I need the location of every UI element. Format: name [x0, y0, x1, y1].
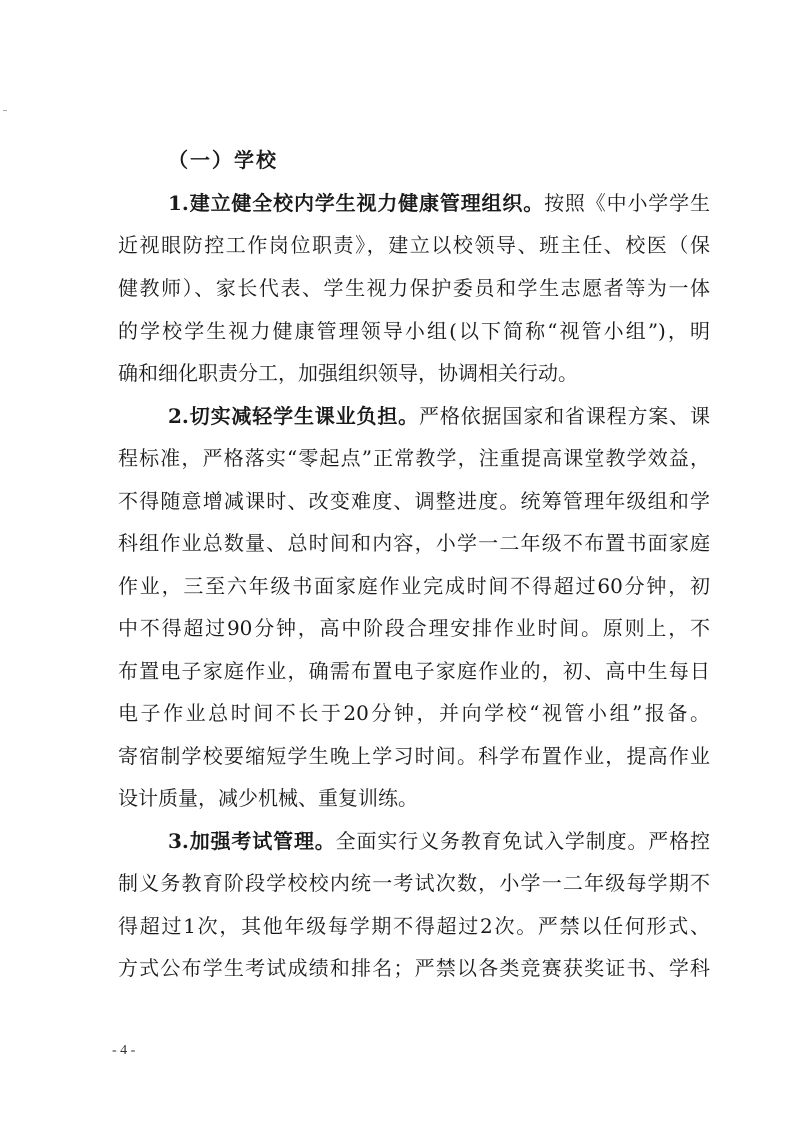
paragraph-2-line-9: 寄宿制学校要缩短学生晚上学习时间。科学布置作业，提高作业 — [118, 741, 710, 771]
paragraph-2-line-6: 中不得超过90分钟，高中阶段合理安排作业时间。原则上，不 — [118, 613, 710, 643]
paragraph-3-line-2: 制义务教育阶段学校校内统一考试次数，小学一二年级每学期不 — [118, 868, 710, 898]
paragraph-1-line-5: 确和细化职责分工，加强组织领导，协调相关行动。 — [118, 358, 710, 388]
paragraph-1-line-2: 近视眼防控工作岗位职责》，建立以校领导、班主任、校医（保 — [118, 230, 710, 260]
paragraph-2-text: 严格依据国家和省课程方案、课 — [419, 404, 710, 428]
paragraph-2-line-7: 布置电子家庭作业，确需布置电子家庭作业的，初、高中生每日 — [118, 656, 710, 686]
paragraph-2-line-5: 作业，三至六年级书面家庭作业完成时间不得超过60分钟，初 — [118, 571, 710, 601]
paragraph-3-line-4: 方式公布学生考试成绩和排名；严禁以各类竞赛获奖证书、学科 — [118, 953, 710, 983]
paragraph-2-line-1: 2.切实减轻学生课业负担。严格依据国家和省课程方案、课 — [168, 401, 710, 431]
paragraph-1-line-1: 1.建立健全校内学生视力健康管理组织。按照《中小学学生 — [168, 188, 710, 218]
paragraph-1-title: 1.建立健全校内学生视力健康管理组织。 — [168, 191, 544, 215]
paragraph-2-line-4: 科组作业总数量、总时间和内容，小学一二年级不布置书面家庭 — [118, 528, 710, 558]
paragraph-2-line-10: 设计质量，减少机械、重复训练。 — [118, 783, 710, 813]
paragraph-2-line-8: 电子作业总时间不长于20分钟，并向学校“视管小组”报备。 — [118, 698, 710, 728]
paragraph-3-line-1: 3.加强考试管理。全面实行义务教育免试入学制度。严格控 — [168, 826, 710, 856]
paragraph-3-line-3: 得超过1次，其他年级每学期不得超过2次。严禁以任何形式、 — [118, 911, 710, 941]
paragraph-2-title: 2.切实减轻学生课业负担。 — [168, 404, 419, 428]
paragraph-1-text: 按照《中小学学生 — [544, 191, 710, 215]
paragraph-2-line-2: 程标准，严格落实“零起点”正常教学，注重提高课堂教学效益， — [118, 443, 710, 473]
paragraph-3-title: 3.加强考试管理。 — [168, 829, 336, 853]
paragraph-1-line-4: 的学校学生视力健康管理领导小组(以下简称“视管小组”)，明 — [118, 316, 710, 346]
paragraph-2-line-3: 不得随意增减课时、改变难度、调整进度。统筹管理年级组和学 — [118, 486, 710, 516]
paragraph-3-text: 全面实行义务教育免试入学制度。严格控 — [336, 829, 710, 853]
paragraph-1-line-3: 健教师）、家长代表、学生视力保护委员和学生志愿者等为一体 — [118, 273, 710, 303]
page-number: - 4 - — [112, 1043, 135, 1059]
document-page: （一）学校 1.建立健全校内学生视力健康管理组织。按照《中小学学生 近视眼防控工… — [0, 0, 793, 1122]
section-heading: （一）学校 — [168, 145, 278, 175]
scan-artifact — [3, 110, 7, 111]
